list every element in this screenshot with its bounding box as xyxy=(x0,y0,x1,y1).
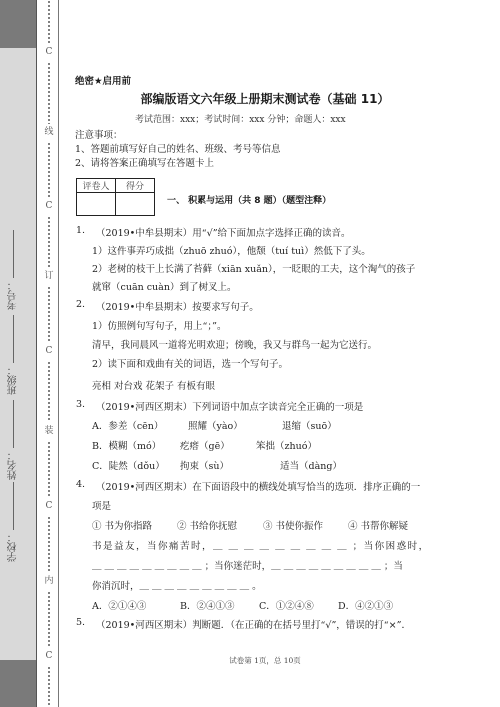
score-table: 评卷人 得分 xyxy=(76,178,155,216)
student-field-label: 考号： xyxy=(6,280,21,310)
seal-mark-install: 装 xyxy=(42,425,56,437)
dotted-line xyxy=(48,0,50,44)
choice-2: ② 书给你抚慰 xyxy=(177,518,237,532)
question-stem: （2019•中牟县期末）用“√”给下面加点字选择正确的读音。 xyxy=(96,225,351,239)
grader-cell[interactable] xyxy=(77,193,116,216)
seal-mark-bind: 订 xyxy=(42,270,56,282)
question-line: 2）老树的枝干上长满了苔藓（xiān xuǎn），一眨眼的工夫，这个淘气的孩子 xyxy=(92,261,415,275)
page-title: 部编版语文六年级上册期末测试卷（基础 11） xyxy=(0,90,500,107)
student-field-line xyxy=(13,400,14,448)
passage-line: 你消沉时，＿ ＿ ＿ ＿ ＿ ＿ ＿ ＿ ＿ 。 xyxy=(92,578,262,592)
seal-mark-circle: C xyxy=(42,500,56,512)
choice-3: ③ 书使你振作 xyxy=(263,518,323,532)
student-field-exam-number[interactable]: 考号： xyxy=(6,230,21,310)
binding-strip-top xyxy=(0,0,37,48)
option-b-1: B．模糊（mó） xyxy=(92,438,161,452)
question-number: 2. xyxy=(76,299,85,310)
student-field-label: 班级： xyxy=(6,365,21,395)
question-line: 1）仿照例句写句子，用上“；”。 xyxy=(92,318,227,332)
student-field-label: 姓名： xyxy=(6,450,21,480)
dotted-line xyxy=(48,216,50,268)
student-field-line xyxy=(13,482,14,530)
student-field-line xyxy=(13,315,14,363)
question-stem: （2019•中牟县期末）按要求写句子。 xyxy=(96,299,259,313)
question-stem: （2019•河西区期末）在下面语段中的横线处填写恰当的选项．排序正确的一 xyxy=(96,479,420,493)
option-a: A．②①④③ xyxy=(92,598,146,612)
question-number: 4. xyxy=(76,479,85,490)
dotted-line xyxy=(48,286,50,342)
option-c-2: 拘束（sù） xyxy=(180,458,229,472)
student-field-line xyxy=(13,230,14,278)
binding-strip-bottom xyxy=(0,660,37,707)
seal-mark-circle: C xyxy=(42,200,56,212)
student-field-school[interactable]: 学校： xyxy=(6,482,21,562)
exam-meta: 考试范围：xxx；考试时间：xxx 分钟；命题人：xxx xyxy=(135,112,346,125)
choice-4: ④ 书帮你解疑 xyxy=(348,518,408,532)
option-b-2: 疙瘩（gē） xyxy=(180,438,230,452)
option-a-1: A．参差（cēn） xyxy=(92,418,163,432)
question-line: 亮相 对台戏 花架子 有板有眼 xyxy=(92,378,215,392)
option-d: D．④②①③ xyxy=(338,598,393,612)
notice-item: 1、答题前填写好自己的姓名、班级、考号等信息 xyxy=(75,141,281,155)
choice-1: ① 书为你指路 xyxy=(92,518,152,532)
score-table-header-grader: 评卷人 xyxy=(77,179,116,193)
question-line: 2）读下面和戏曲有关的词语，选一个写句子。 xyxy=(92,356,288,370)
question-stem: （2019•河西区期末）判断题．（在正确的在括号里打“√”，错误的打“×”． xyxy=(96,617,411,631)
passage-line: ＿ ＿ ＿ ＿ ＿ ＿ ＿ ＿ ＿ ；当你迷茫时，＿ ＿ ＿ ＿ ＿ ＿ ＿ ＿… xyxy=(92,558,403,572)
notice-heading: 注意事项： xyxy=(75,127,123,141)
dotted-line xyxy=(48,666,50,707)
option-c-3: 适当（dàng） xyxy=(280,458,342,472)
dotted-line xyxy=(48,516,50,572)
question-line: 就窜（cuān cuàn）到了树叉上。 xyxy=(92,279,236,293)
dotted-line xyxy=(48,441,50,497)
student-field-class[interactable]: 班级： xyxy=(6,315,21,395)
dotted-line xyxy=(48,142,50,198)
option-a-2: 照耀（yào） xyxy=(188,418,243,432)
question-line: 1）这件事弄巧成拙（zhuō zhuó），他颓（tuí tuì）然低下了头。 xyxy=(92,243,371,257)
seal-mark-line: 线 xyxy=(42,126,56,138)
score-table-header-score: 得分 xyxy=(116,179,155,193)
page-footer: 试卷第 1页，总 10页 xyxy=(0,655,500,666)
question-stem: （2019•河西区期末）下列词语中加点字读音完全正确的一项是 xyxy=(96,399,363,413)
question-number: 3. xyxy=(76,399,85,410)
question-line: 清早，我同晨风一道将光明欢迎；傍晚，我又与群鸟一起为它送行。 xyxy=(92,337,377,351)
confidential-label: 绝密★启用前 xyxy=(75,73,131,87)
seal-mark-inside: 内 xyxy=(42,575,56,587)
option-a-3: 退缩（suō） xyxy=(282,418,337,432)
score-cell[interactable] xyxy=(116,193,155,216)
passage-line: 书是益友，当你痛苦时，＿ ＿ ＿ ＿ ＿ ＿ ＿ ＿ ＿ ；当你困惑时， xyxy=(92,538,430,552)
student-field-name[interactable]: 姓名： xyxy=(6,400,21,480)
notice-item: 2、请将答案正确填写在答题卡上 xyxy=(75,155,214,169)
dotted-line xyxy=(48,591,50,647)
option-c: C．①②④⑧ xyxy=(259,598,314,612)
question-number: 1. xyxy=(76,225,85,236)
option-c-1: C．陡然（dǒu） xyxy=(92,458,165,472)
question-stem-cont: 项是 xyxy=(92,498,111,512)
option-b: B．②④①③ xyxy=(180,598,234,612)
student-field-label: 学校： xyxy=(6,532,21,562)
dotted-line xyxy=(48,361,50,421)
section-title: 一、 积累与运用（共 8 题）（题型注释） xyxy=(167,193,331,206)
seal-mark-circle: C xyxy=(42,46,56,58)
seal-mark-circle: C xyxy=(42,345,56,357)
option-b-3: 笨拙（zhuó） xyxy=(256,438,317,452)
question-number: 5. xyxy=(76,617,85,628)
